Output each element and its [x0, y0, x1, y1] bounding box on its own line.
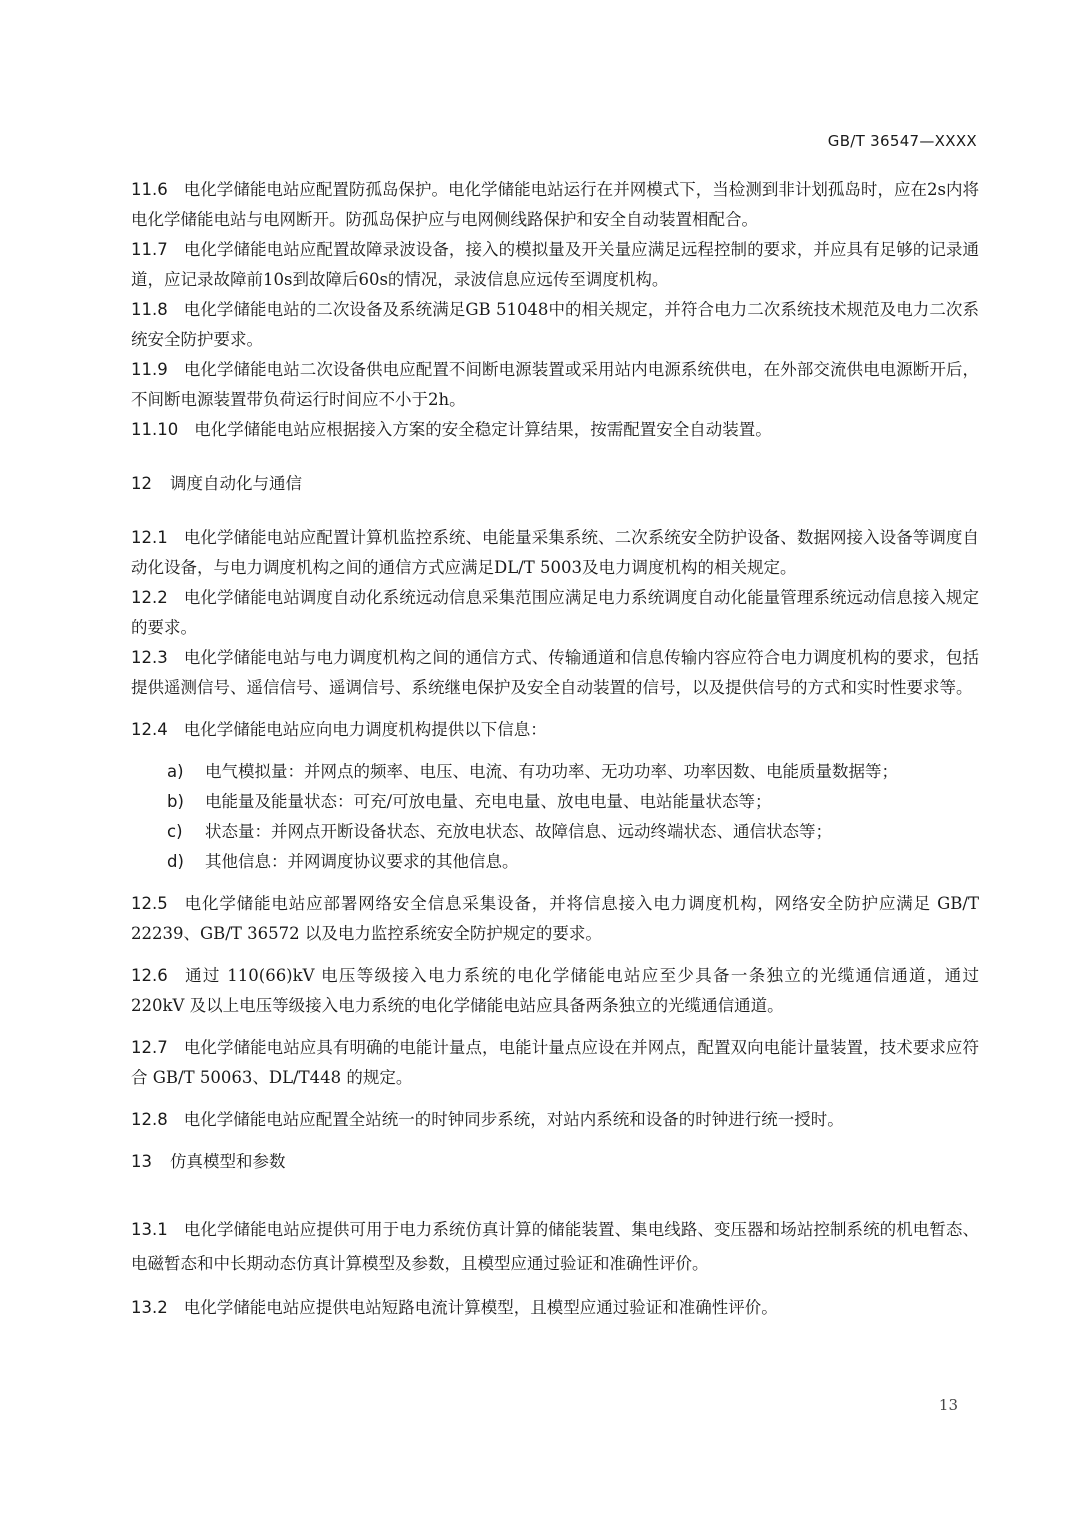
clause-number: 12.8 [131, 1110, 168, 1129]
clause-number: 11.10 [131, 420, 178, 439]
page-number: 13 [939, 1396, 958, 1414]
clause-number: 11.9 [131, 360, 168, 379]
section-number: 12 [131, 474, 152, 493]
document-body: 11.6电化学储能电站应配置防孤岛保护。电化学储能电站运行在并网模式下，当检测到… [131, 175, 979, 1323]
clause-13-2: 13.2电化学储能电站应提供电站短路电流计算模型，且模型应通过验证和准确性评价。 [131, 1293, 979, 1323]
list-label: b) [167, 787, 205, 817]
clause-text: 电化学储能电站应配置防孤岛保护。电化学储能电站运行在并网模式下，当检测到非计划孤… [131, 180, 979, 229]
list-item: b)电能量及能量状态：可充/可放电量、充电电量、放电电量、电站能量状态等； [131, 787, 979, 817]
clause-text: 电化学储能电站应具有明确的电能计量点，电能计量点应设在并网点，配置双向电能计量装… [131, 1038, 979, 1087]
clause-text: 电化学储能电站应配置计算机监控系统、电能量采集系统、二次系统安全防护设备、数据网… [131, 528, 979, 577]
list-label: a) [167, 757, 205, 787]
clause-12-1: 12.1电化学储能电站应配置计算机监控系统、电能量采集系统、二次系统安全防护设备… [131, 523, 979, 583]
clause-number: 12.3 [131, 648, 168, 667]
clause-text: 电化学储能电站调度自动化系统远动信息采集范围应满足电力系统调度自动化能量管理系统… [131, 588, 979, 637]
list-label: d) [167, 847, 205, 877]
list-item: d)其他信息：并网调度协议要求的其他信息。 [131, 847, 979, 877]
list-text: 电气模拟量：并网点的频率、电压、电流、有功功率、无功功率、功率因数、电能质量数据… [205, 762, 898, 781]
clause-12-6: 12.6通过 110(66)kV 电压等级接入电力系统的电化学储能电站应至少具备… [131, 961, 979, 1021]
clause-text: 电化学储能电站应向电力调度机构提供以下信息： [184, 720, 547, 739]
standard-code: GB/T 36547—XXXX [828, 132, 977, 150]
clause-12-3: 12.3电化学储能电站与电力调度机构之间的通信方式、传输通道和信息传输内容应符合… [131, 643, 979, 703]
clause-number: 12.1 [131, 528, 168, 547]
list-item: a)电气模拟量：并网点的频率、电压、电流、有功功率、无功功率、功率因数、电能质量… [131, 757, 979, 787]
clause-number: 12.7 [131, 1038, 168, 1057]
clause-number: 11.6 [131, 180, 168, 199]
clause-text: 电化学储能电站应配置全站统一的时钟同步系统，对站内系统和设备的时钟进行统一授时。 [184, 1110, 844, 1129]
list-text: 其他信息：并网调度协议要求的其他信息。 [205, 852, 519, 871]
clause-number: 12.4 [131, 720, 168, 739]
info-list: a)电气模拟量：并网点的频率、电压、电流、有功功率、无功功率、功率因数、电能质量… [131, 757, 979, 877]
clause-11-10: 11.10电化学储能电站应根据接入方案的安全稳定计算结果，按需配置安全自动装置。 [131, 415, 979, 445]
clause-12-8: 12.8电化学储能电站应配置全站统一的时钟同步系统，对站内系统和设备的时钟进行统… [131, 1105, 979, 1135]
clause-text: 电化学储能电站与电力调度机构之间的通信方式、传输通道和信息传输内容应符合电力调度… [131, 648, 979, 697]
clause-11-7: 11.7电化学储能电站应配置故障录波设备，接入的模拟量及开关量应满足远程控制的要… [131, 235, 979, 295]
clause-number: 12.5 [131, 894, 168, 913]
section-heading-12: 12调度自动化与通信 [131, 469, 979, 499]
list-text: 状态量：并网点开断设备状态、充放电状态、故障信息、远动终端状态、通信状态等； [205, 822, 832, 841]
clause-12-7: 12.7电化学储能电站应具有明确的电能计量点，电能计量点应设在并网点，配置双向电… [131, 1033, 979, 1093]
clause-number: 12.6 [131, 966, 168, 985]
list-item: c)状态量：并网点开断设备状态、充放电状态、故障信息、远动终端状态、通信状态等； [131, 817, 979, 847]
clause-12-5: 12.5电化学储能电站应部署网络安全信息采集设备，并将信息接入电力调度机构，网络… [131, 889, 979, 949]
section-title: 调度自动化与通信 [170, 474, 302, 493]
clause-text: 电化学储能电站应部署网络安全信息采集设备，并将信息接入电力调度机构，网络安全防护… [131, 894, 979, 943]
clause-12-4: 12.4电化学储能电站应向电力调度机构提供以下信息： [131, 715, 979, 745]
clause-number: 11.8 [131, 300, 168, 319]
clause-11-9: 11.9电化学储能电站二次设备供电应配置不间断电源装置或采用站内电源系统供电，在… [131, 355, 979, 415]
clause-12-2: 12.2电化学储能电站调度自动化系统远动信息采集范围应满足电力系统调度自动化能量… [131, 583, 979, 643]
clause-11-8: 11.8电化学储能电站的二次设备及系统满足GB 51048中的相关规定，并符合电… [131, 295, 979, 355]
clause-number: 12.2 [131, 588, 168, 607]
clause-text: 电化学储能电站二次设备供电应配置不间断电源装置或采用站内电源系统供电，在外部交流… [131, 360, 979, 409]
clause-text: 电化学储能电站应提供电站短路电流计算模型，且模型应通过验证和准确性评价。 [184, 1298, 778, 1317]
clause-number: 13.1 [131, 1220, 168, 1239]
clause-text: 电化学储能电站应配置故障录波设备，接入的模拟量及开关量应满足远程控制的要求，并应… [131, 240, 979, 289]
section-title: 仿真模型和参数 [170, 1152, 286, 1171]
clause-text: 电化学储能电站应提供可用于电力系统仿真计算的储能装置、集电线路、变压器和场站控制… [131, 1220, 979, 1273]
clause-11-6: 11.6电化学储能电站应配置防孤岛保护。电化学储能电站运行在并网模式下，当检测到… [131, 175, 979, 235]
clause-text: 电化学储能电站的二次设备及系统满足GB 51048中的相关规定，并符合电力二次系… [131, 300, 979, 349]
clause-number: 13.2 [131, 1298, 168, 1317]
section-number: 13 [131, 1152, 152, 1171]
list-label: c) [167, 817, 205, 847]
section-heading-13: 13仿真模型和参数 [131, 1147, 979, 1177]
list-text: 电能量及能量状态：可充/可放电量、充电电量、放电电量、电站能量状态等； [205, 792, 772, 811]
clause-13-1: 13.1电化学储能电站应提供可用于电力系统仿真计算的储能装置、集电线路、变压器和… [131, 1213, 979, 1281]
clause-number: 11.7 [131, 240, 168, 259]
clause-text: 电化学储能电站应根据接入方案的安全稳定计算结果，按需配置安全自动装置。 [194, 420, 772, 439]
clause-text: 通过 110(66)kV 电压等级接入电力系统的电化学储能电站应至少具备一条独立… [131, 966, 979, 1015]
